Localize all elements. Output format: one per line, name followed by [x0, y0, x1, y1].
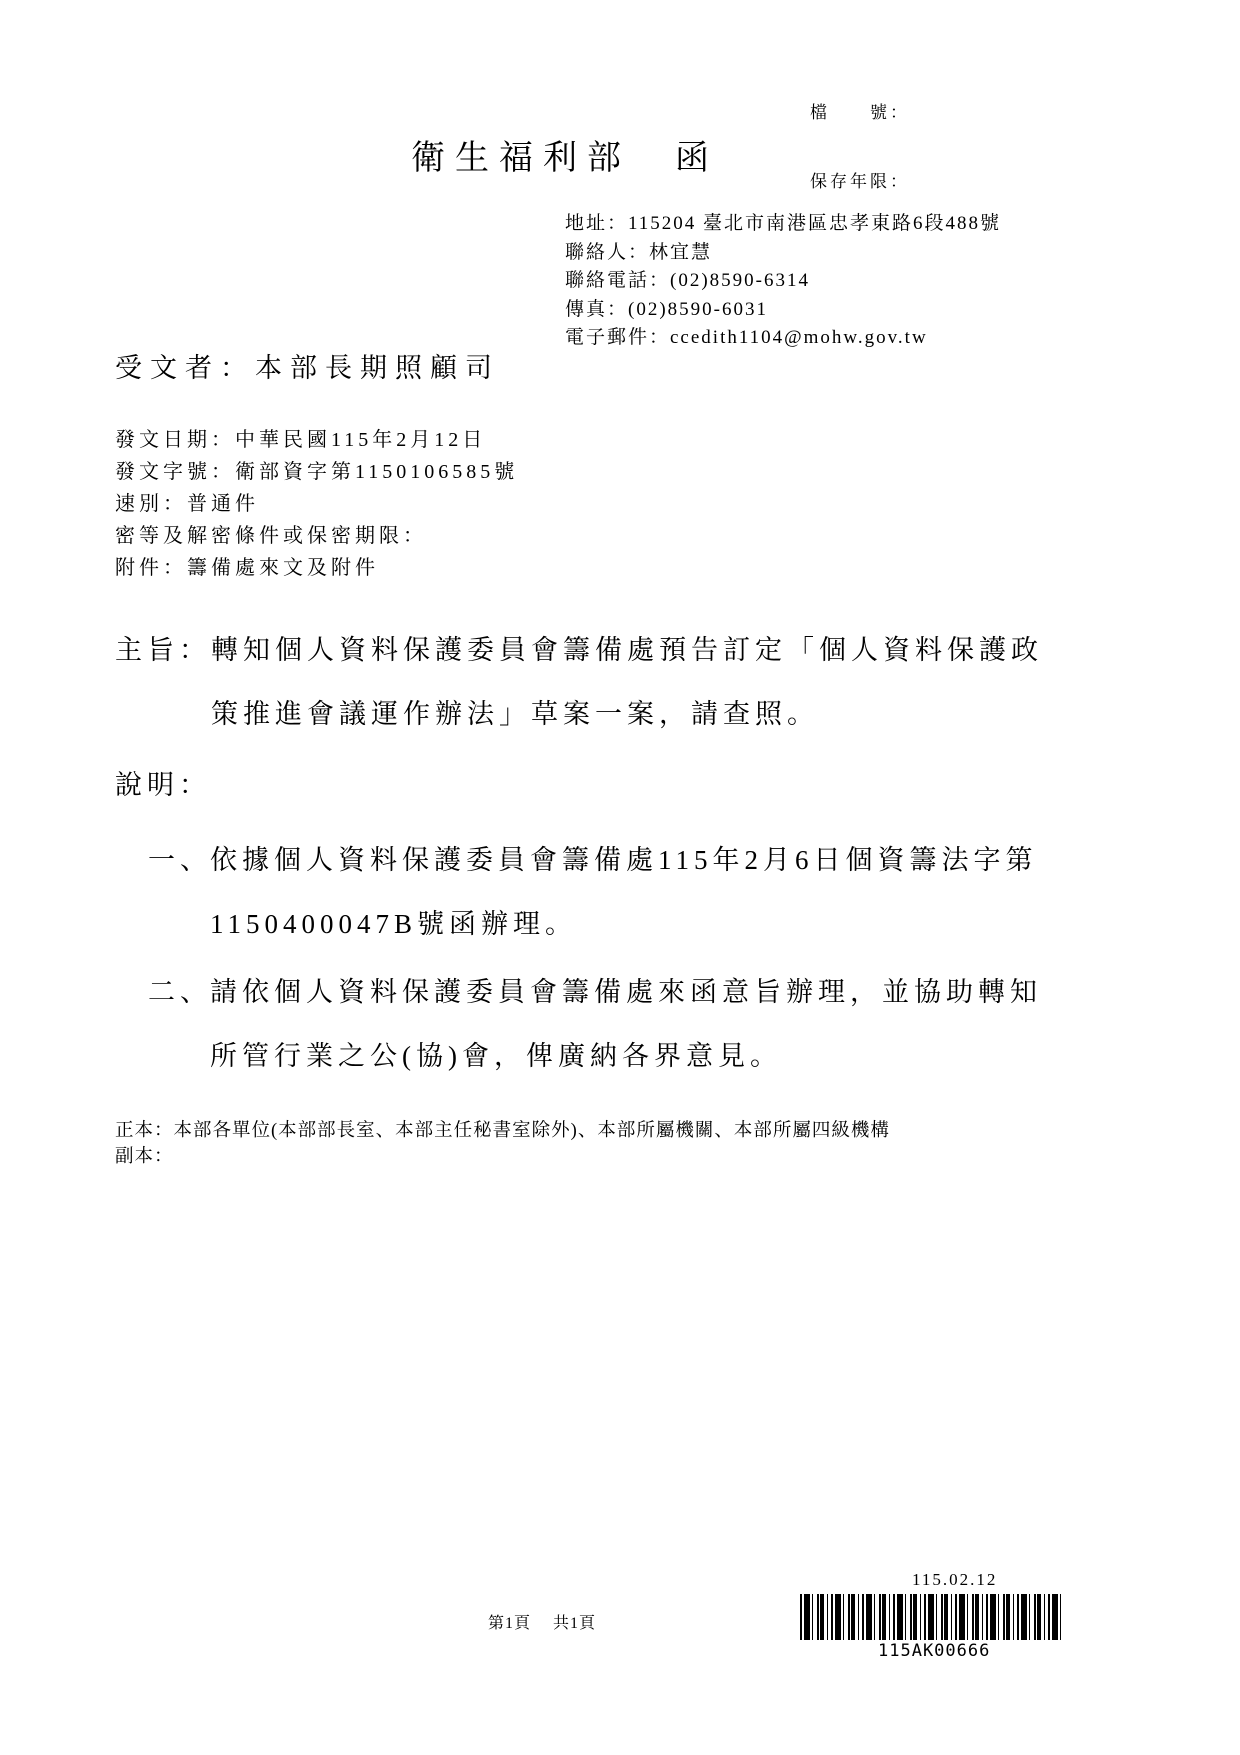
item-number: 二、 — [148, 960, 210, 1088]
sender-contact-person: 聯絡人：林宜慧 — [565, 239, 1001, 268]
meta-block: 發文日期：中華民國115年2月12日 發文字號：衛部資字第1150106585號… — [115, 424, 518, 584]
original-recipients-line: 正本：本部各單位(本部部長室、本部主任秘書室除外)、本部所屬機關、本部所屬四級機… — [115, 1118, 1125, 1144]
document-title: 衛生福利部 函 — [0, 130, 1130, 179]
item-text: 請依個人資料保護委員會籌備處來函意旨辦理，並協助轉知所管行業之公(協)會，俾廣納… — [210, 960, 1050, 1088]
issue-date-line: 發文日期：中華民國115年2月12日 — [115, 424, 518, 456]
subject-text: 轉知個人資料保護委員會籌備處預告訂定「個人資料保護政策推進會議運作辦法」草案一案… — [211, 618, 1051, 746]
stamp-date: 115.02.12 — [912, 1570, 997, 1590]
document-page: 檔 號： 保存年限： 衛生福利部 函 地址：115204 臺北市南港區忠孝東路6… — [0, 0, 1240, 1755]
copies-block: 正本：本部各單位(本部部長室、本部主任秘書室除外)、本部所屬機關、本部所屬四級機… — [115, 1118, 1125, 1170]
subject-label: 主旨： — [115, 618, 211, 746]
barcode — [800, 1594, 1063, 1640]
description-item-1: 一、 依據個人資料保護委員會籌備處115年2月6日個資籌法字第115040004… — [148, 828, 1050, 956]
sender-fax: 傳真：(02)8590-6031 — [565, 296, 1001, 325]
description-label: 說明： — [115, 753, 211, 817]
doc-number-line: 發文字號：衛部資字第1150106585號 — [115, 456, 518, 488]
item-number: 一、 — [148, 828, 210, 956]
page-footer: 第1頁共1頁 — [488, 1610, 596, 1633]
page-total: 共1頁 — [553, 1615, 596, 1632]
sender-email: 電子郵件：ccedith1104@mohw.gov.tw — [565, 324, 1001, 353]
sender-address: 地址：115204 臺北市南港區忠孝東路6段488號 — [565, 210, 1001, 239]
security-class-line: 密等及解密條件或保密期限： — [115, 520, 518, 552]
item-text: 依據個人資料保護委員會籌備處115年2月6日個資籌法字第1150400047B號… — [210, 828, 1050, 956]
recipient-line: 受文者：本部長期照顧司 — [115, 346, 500, 385]
barcode-text: 115AK00666 — [878, 1641, 990, 1661]
description-item-2: 二、 請依個人資料保護委員會籌備處來函意旨辦理，並協助轉知所管行業之公(協)會，… — [148, 960, 1050, 1088]
attachment-line: 附件：籌備處來文及附件 — [115, 552, 518, 584]
sender-phone: 聯絡電話：(02)8590-6314 — [565, 267, 1001, 296]
page-current: 第1頁 — [488, 1615, 531, 1632]
sender-info-block: 地址：115204 臺北市南港區忠孝東路6段488號 聯絡人：林宜慧 聯絡電話：… — [565, 210, 1001, 353]
subject-section: 主旨： 轉知個人資料保護委員會籌備處預告訂定「個人資料保護政策推進會議運作辦法」… — [115, 618, 1051, 746]
speed-class-line: 速別：普通件 — [115, 488, 518, 520]
cc-recipients-line: 副本： — [115, 1144, 1125, 1170]
archive-number-label: 檔 號： — [810, 101, 910, 124]
